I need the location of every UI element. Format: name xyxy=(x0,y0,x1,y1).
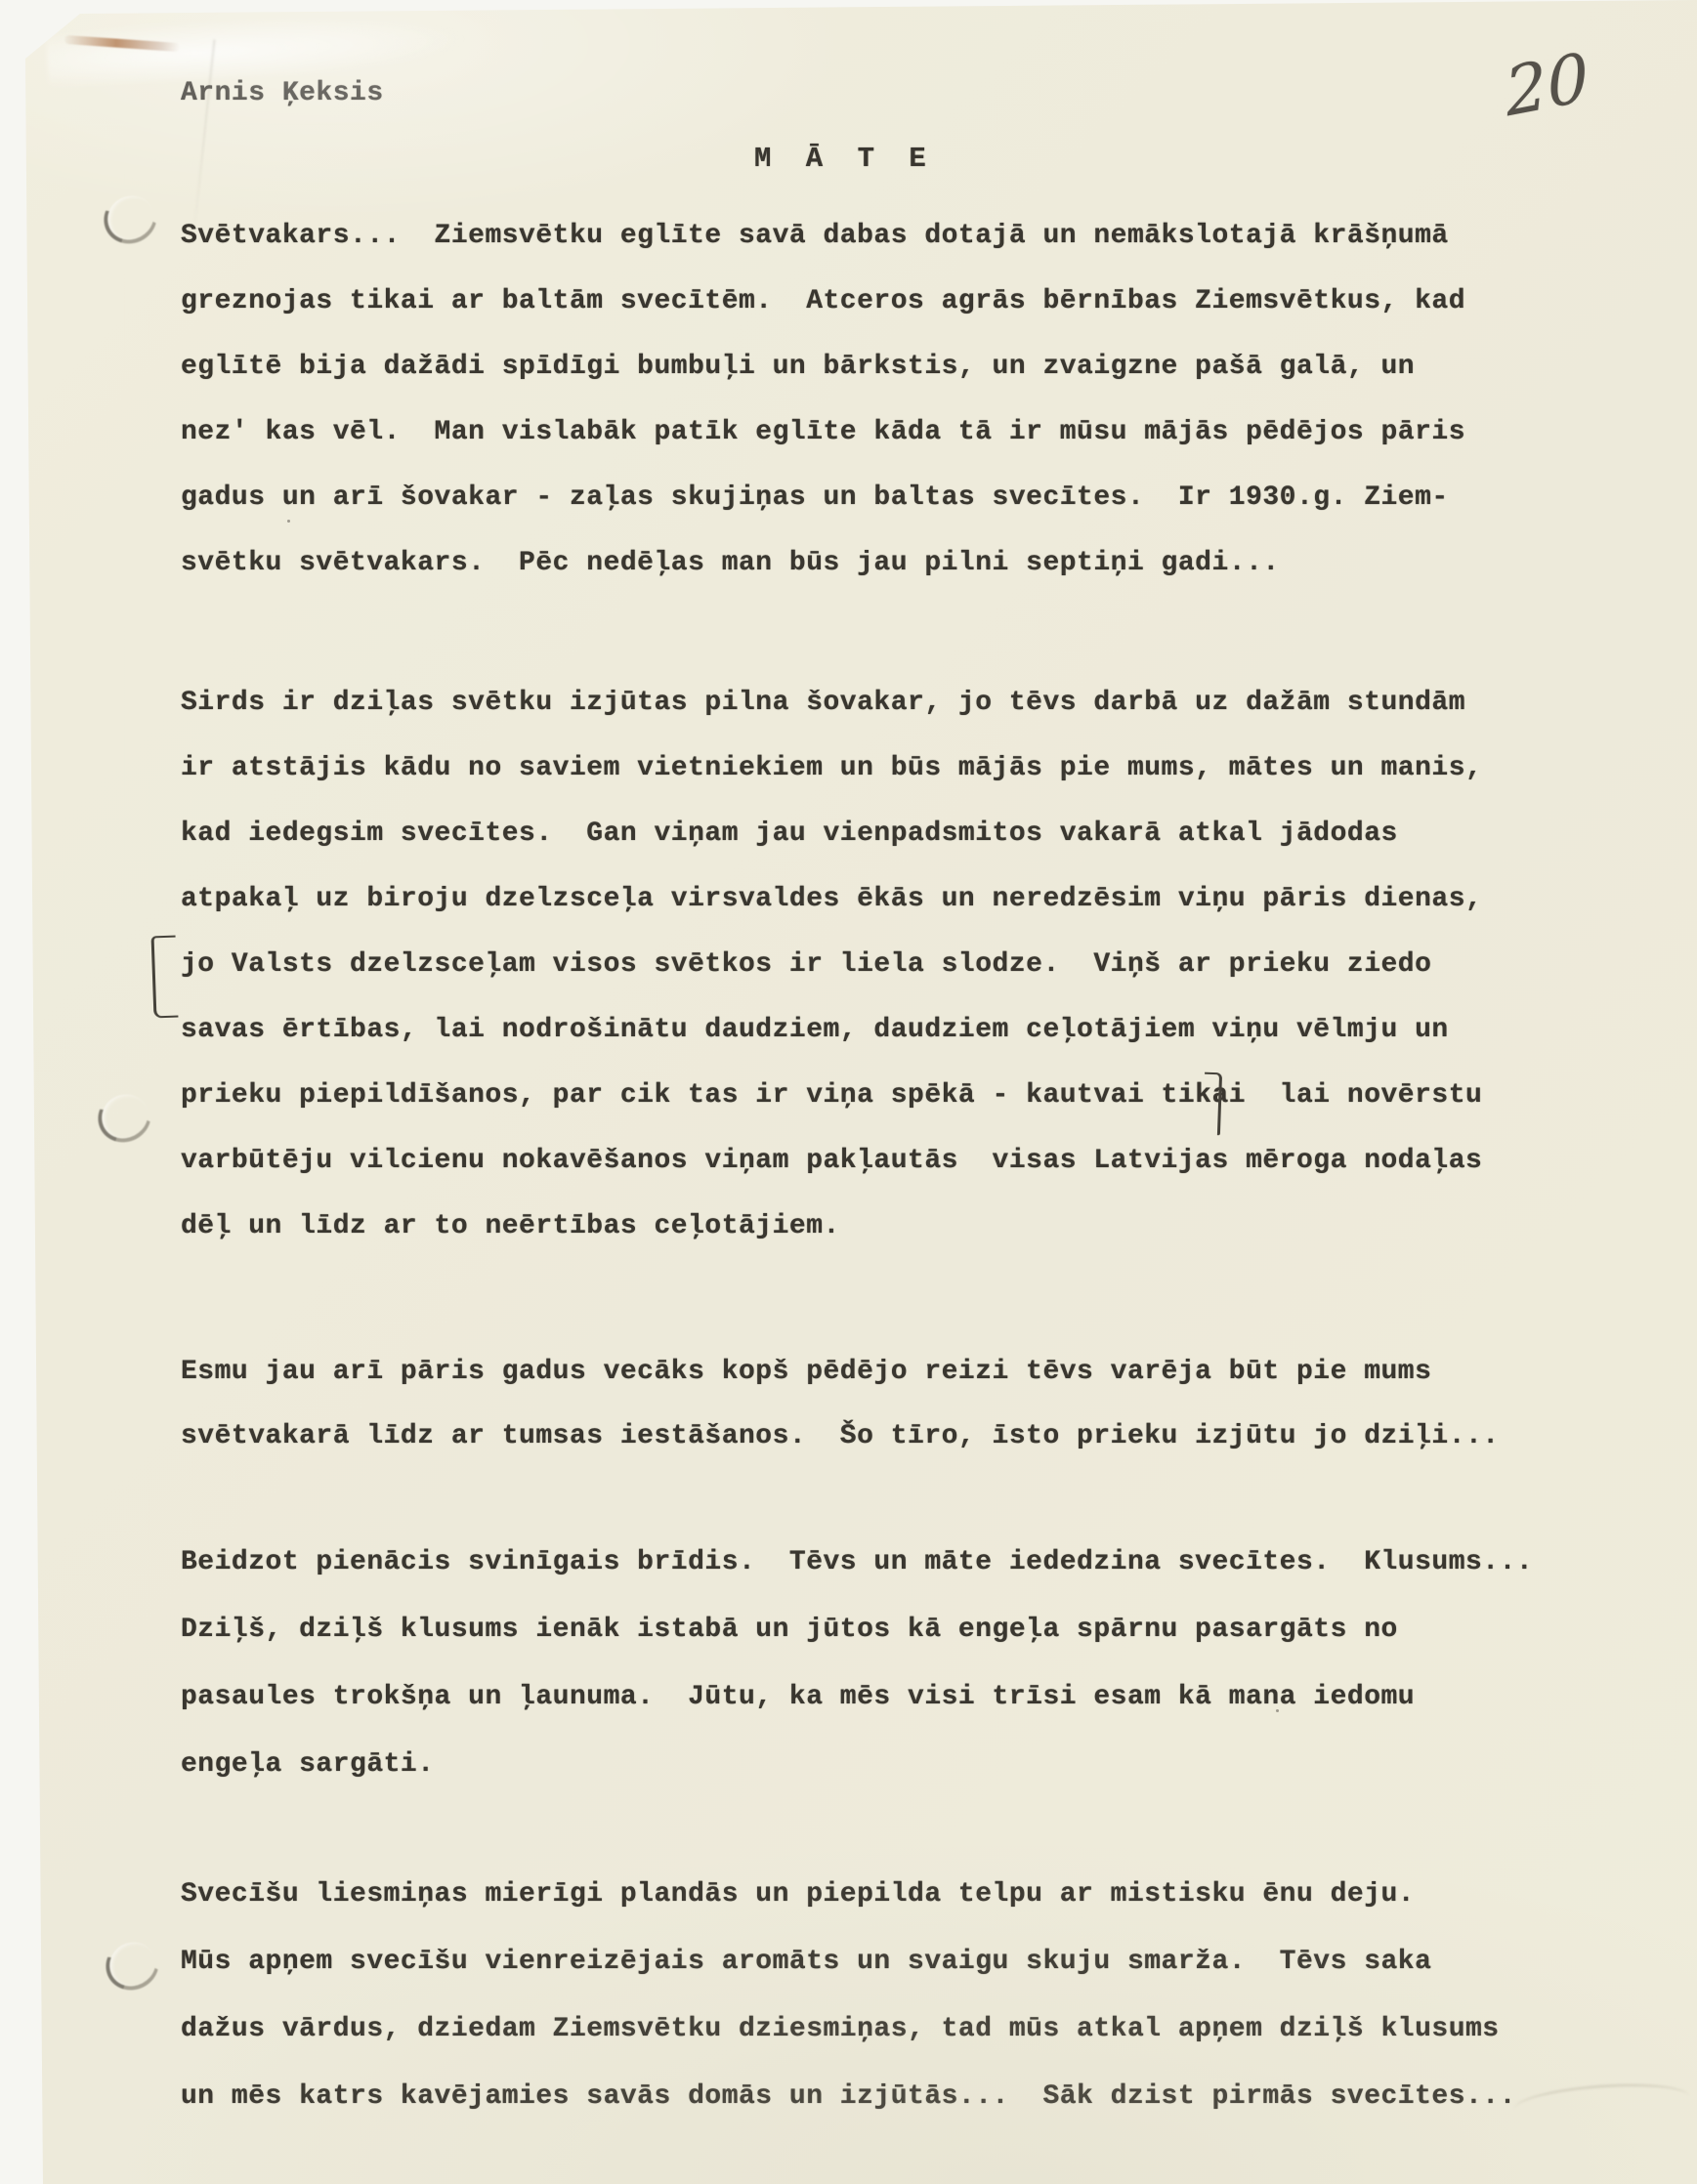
scanned-document: { "page": { "author": "Arnis Ķeksis", "p… xyxy=(0,0,1697,2184)
text-line: savas ērtības, lai nodrošinātu daudziem,… xyxy=(181,1014,1627,1079)
text-line: svētvakarā līdz ar tumsas iestāšanos. Šo… xyxy=(181,1420,1627,1485)
paragraph-4: Beidzot pienācis svinīgais brīdis. Tēvs … xyxy=(181,1546,1627,1816)
text-line: dažus vārdus, dziedam Ziemsvētku dziesmi… xyxy=(181,2013,1627,2080)
text-line: svētku svētvakars. Pēc nedēļas man būs j… xyxy=(181,547,1627,612)
text-line: Beidzot pienācis svinīgais brīdis. Tēvs … xyxy=(181,1546,1627,1614)
text-line: Svētvakars... Ziemsvētku eglīte savā dab… xyxy=(181,220,1627,285)
page-number-handwritten: 20 xyxy=(1503,31,1634,133)
text-line: un mēs katrs kavējamies savās domās un i… xyxy=(181,2080,1627,2148)
text-line: varbūtēju vilcienu nokavēšanos viņam pak… xyxy=(181,1145,1627,1210)
text-line: Svecīšu liesmiņas mierīgi plandās un pie… xyxy=(181,1878,1627,1946)
text-line: Mūs apņem svecīšu vienreizējais aromāts … xyxy=(181,1946,1627,2013)
paragraph-3: Esmu jau arī pāris gadus vecāks kopš pēd… xyxy=(181,1356,1627,1485)
text-line: eglītē bija dažādi spīdīgi bumbuļi un bā… xyxy=(181,351,1627,416)
text-line: nez' kas vēl. Man vislabāk patīk eglīte … xyxy=(181,416,1627,482)
text-line: Sirds ir dziļas svētku izjūtas pilna šov… xyxy=(181,687,1627,752)
hole-punch-icon xyxy=(95,184,166,253)
paper-sheet: Arnis Ķeksis 20 M Ā T E Svētvakars... Zi… xyxy=(0,0,1697,2184)
text-line: kad iedegsim svecītes. Gan viņam jau vie… xyxy=(181,818,1627,883)
text-line: gadus un arī šovakar - zaļas skujiņas un… xyxy=(181,482,1627,547)
paragraph-2: Sirds ir dziļas svētku izjūtas pilna šov… xyxy=(181,687,1627,1276)
text-line: prieku piepildīšanos, par cik tas ir viņ… xyxy=(181,1079,1627,1145)
paragraph-5: Svecīšu liesmiņas mierīgi plandās un pie… xyxy=(181,1878,1627,2148)
hole-punch-icon xyxy=(89,1082,160,1152)
text-line: Esmu jau arī pāris gadus vecāks kopš pēd… xyxy=(181,1356,1627,1420)
handwritten-close-bracket xyxy=(1203,1072,1222,1136)
handwritten-open-bracket xyxy=(151,936,179,1019)
author-name: Arnis Ķeksis xyxy=(181,78,384,108)
text-line: Dziļš, dziļš klusums ienāk istabā un jūt… xyxy=(181,1614,1627,1681)
paragraph-1: Svētvakars... Ziemsvētku eglīte savā dab… xyxy=(181,220,1627,612)
text-line: atpakaļ uz biroju dzelzsceļa virsvaldes … xyxy=(181,883,1627,948)
text-line: dēļ un līdz ar to neērtības ceļotājiem. xyxy=(181,1210,1627,1276)
text-line: jo Valsts dzelzsceļam visos svētkos ir l… xyxy=(181,948,1627,1014)
text-line: pasaules trokšņa un ļaunuma. Jūtu, ka mē… xyxy=(181,1681,1627,1748)
text-line: engeļa sargāti. xyxy=(181,1748,1627,1816)
hole-punch-icon xyxy=(97,1930,168,1999)
document-title: M Ā T E xyxy=(754,143,935,175)
text-line: ir atstājis kādu no saviem vietniekiem u… xyxy=(181,752,1627,818)
text-line: greznojas tikai ar baltām svecītēm. Atce… xyxy=(181,285,1627,351)
